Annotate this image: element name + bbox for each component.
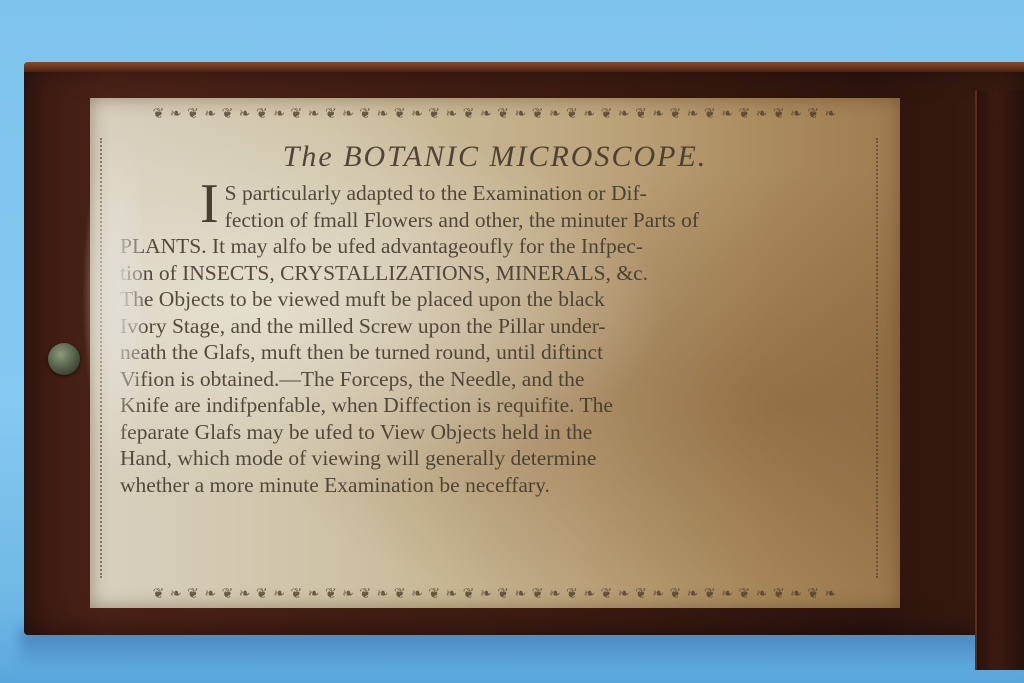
- label-line: feparate Glafs may be ufed to View Objec…: [120, 419, 876, 446]
- label-line: Hand, which mode of viewing will general…: [120, 445, 876, 472]
- label-title: The BOTANIC MICROSCOPE.: [90, 140, 900, 174]
- label-line: Ivory Stage, and the milled Screw upon t…: [120, 313, 876, 340]
- label-line: tion of INSECTS, CRYSTALLIZATIONS, MINER…: [120, 260, 876, 287]
- brass-pin-icon: [48, 343, 80, 375]
- label-line: neath the Glafs, muft then be turned rou…: [120, 339, 876, 366]
- drop-cap: I: [200, 180, 219, 228]
- label-line: Vifion is obtained.—The Forceps, the Nee…: [120, 366, 876, 393]
- label-line: S particularly adapted to the Examinatio…: [225, 180, 876, 207]
- box-lid-edge: [24, 62, 1024, 72]
- paper-label: ❦ ❧ ❦ ❧ ❦ ❧ ❦ ❧ ❦ ❧ ❦ ❧ ❦ ❧ ❦ ❧ ❦ ❧ ❦ ❧ …: [90, 98, 900, 608]
- label-line: PLANTS. It may alfo be ufed advantageouf…: [120, 233, 876, 260]
- ornament-border-right: [876, 138, 894, 578]
- label-body: I S particularly adapted to the Examinat…: [120, 180, 876, 498]
- ornament-border-top: ❦ ❧ ❦ ❧ ❦ ❧ ❦ ❧ ❦ ❧ ❦ ❧ ❦ ❧ ❦ ❧ ❦ ❧ ❦ ❧ …: [90, 106, 900, 124]
- torn-paper-area: [82, 130, 142, 460]
- ornament-border-bottom: ❦ ❧ ❦ ❧ ❦ ❧ ❦ ❧ ❦ ❧ ❦ ❧ ❦ ❧ ❦ ❧ ❦ ❧ ❦ ❧ …: [90, 586, 900, 604]
- label-line: Knife are indifpenfable, when Diffection…: [120, 392, 876, 419]
- label-line: fection of fmall Flowers and other, the …: [225, 207, 876, 234]
- box-side-panel: [975, 90, 1024, 670]
- label-line: whether a more minute Examination be nec…: [120, 472, 876, 499]
- label-line: The Objects to be viewed muft be placed …: [120, 286, 876, 313]
